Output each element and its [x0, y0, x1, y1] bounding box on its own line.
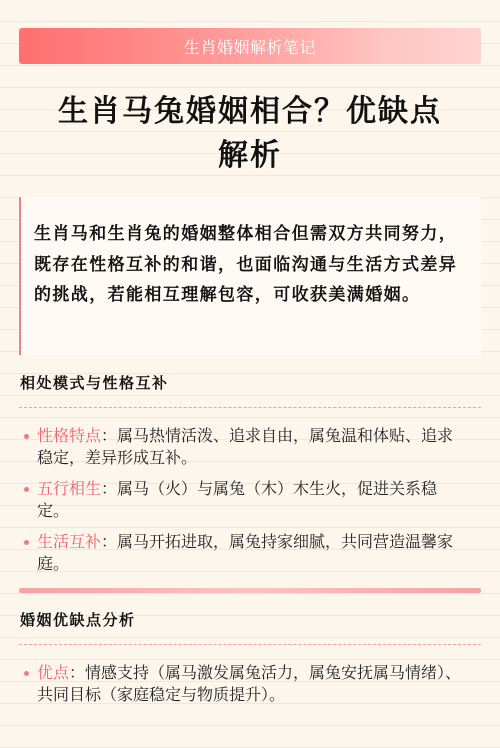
summary-text: 生肖马和生肖兔的婚姻整体相合但需双方共同努力，既存在性格互补的和谐，也面临沟通与…	[34, 219, 469, 311]
bullet-dot-icon	[24, 434, 29, 439]
section-personality: 相处模式与性格互补 性格特点：属马热情活泼、追求自由，属兔温和体贴、追求稳定，差…	[19, 373, 481, 584]
bullet-dot-icon	[24, 671, 29, 676]
list-item: 五行相生：属马（火）与属兔（木）木生火，促进关系稳定。	[19, 478, 467, 522]
section-pros-cons: 婚姻优缺点分析 优点：情感支持（属马激发属兔活力，属兔安抚属马情绪）、共同目标（…	[19, 610, 481, 715]
header-banner: 生肖婚姻解析笔记	[19, 28, 481, 64]
section-heading: 婚姻优缺点分析	[19, 610, 481, 630]
banner-title: 生肖婚姻解析笔记	[184, 35, 316, 58]
bullet-list: 性格特点：属马热情活泼、追求自由，属兔温和体贴、追求稳定，差异形成互补。 五行相…	[19, 425, 481, 575]
list-item: 性格特点：属马热情活泼、追求自由，属兔温和体贴、追求稳定，差异形成互补。	[19, 425, 467, 469]
item-key: 生活互补	[37, 532, 101, 551]
page-title-line-1: 生肖马兔婚姻相合？优缺点	[20, 90, 480, 134]
item-key: 优点	[37, 663, 69, 682]
item-sep: ：	[69, 663, 85, 682]
section-heading: 相处模式与性格互补	[19, 373, 481, 393]
list-item: 优点：情感支持（属马激发属兔活力，属兔安抚属马情绪）、共同目标（家庭稳定与物质提…	[19, 662, 467, 706]
page-title-line-2: 解析	[20, 134, 480, 178]
section-divider-bar	[19, 588, 481, 593]
dashed-divider	[19, 644, 481, 645]
bullet-dot-icon	[24, 540, 29, 545]
list-item: 生活互补：属马开拓进取，属兔持家细腻，共同营造温馨家庭。	[19, 531, 467, 575]
dashed-divider	[19, 407, 481, 408]
bullet-list: 优点：情感支持（属马激发属兔活力，属兔安抚属马情绪）、共同目标（家庭稳定与物质提…	[19, 662, 481, 706]
item-sep: ：	[101, 426, 117, 445]
item-sep: ：	[101, 479, 117, 498]
bullet-dot-icon	[24, 487, 29, 492]
summary-card: 生肖马和生肖兔的婚姻整体相合但需双方共同努力，既存在性格互补的和谐，也面临沟通与…	[19, 197, 481, 355]
item-key: 五行相生	[37, 479, 101, 498]
item-key: 性格特点	[37, 426, 101, 445]
item-text: 情感支持（属马激发属兔活力，属兔安抚属马情绪）、共同目标（家庭稳定与物质提升）。	[37, 663, 461, 704]
item-sep: ：	[101, 532, 117, 551]
page-title: 生肖马兔婚姻相合？优缺点 解析	[20, 90, 480, 178]
